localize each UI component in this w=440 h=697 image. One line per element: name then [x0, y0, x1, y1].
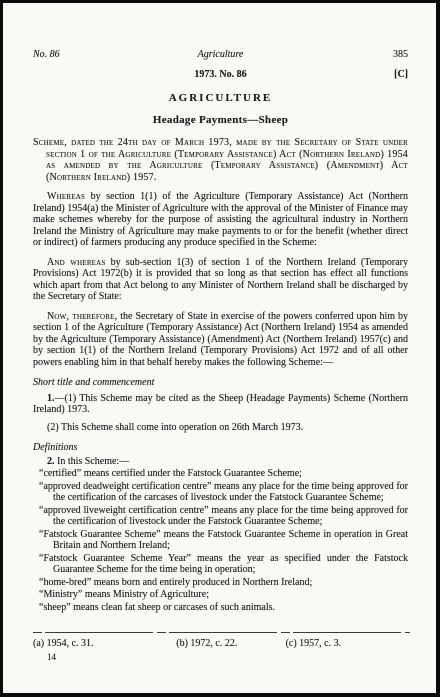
document-page: No. 86 Agriculture 385 1973. No. 86 [C] … — [0, 0, 440, 697]
section-heading-definitions: Definitions — [33, 442, 408, 454]
definition-home-bred: “home-bred” means born and entirely prod… — [33, 577, 408, 589]
statutory-number-row: 1973. No. 86 [C] — [33, 69, 408, 81]
running-head-subject: Agriculture — [123, 49, 318, 61]
definition-approved-liveweight-centre: “approved liveweight certification centr… — [33, 505, 408, 528]
section-1-paragraph-2: (2) This Scheme shall come into operatio… — [33, 422, 408, 434]
running-head-act-number: No. 86 — [33, 49, 123, 61]
footnote-b: (b) 1972, c. 22. — [176, 638, 285, 650]
whereas-1-lead: Whereas — [47, 191, 85, 202]
enacting-lead: Now, therefore, — [47, 311, 117, 322]
footnote-rule — [33, 632, 410, 633]
definition-fatstock-guarantee-scheme: “Fatstock Guarantee Scheme” means the Fa… — [33, 529, 408, 552]
classification-mark: [C] — [394, 69, 408, 81]
footnote-row: (a) 1954, c. 31. (b) 1972, c. 22. (c) 19… — [33, 638, 410, 650]
scheme-rubric: Scheme, dated the 24th day of March 1973… — [33, 137, 408, 183]
section-1-paragraph-1: 1.—(1) This Scheme may be cited as the S… — [33, 393, 408, 416]
running-head-page-number: 385 — [318, 49, 408, 61]
section-2-intro-text: In this Scheme:— — [55, 456, 130, 467]
definition-fatstock-guarantee-scheme-year: “Fatstock Guarantee Scheme Year” means t… — [33, 553, 408, 576]
footnote-area: (a) 1954, c. 31. (b) 1972, c. 22. (c) 19… — [33, 632, 410, 663]
section-2-number: 2. — [47, 456, 55, 467]
whereas-paragraph-1: Whereas by section 1(1) of the Agricultu… — [33, 191, 408, 249]
enacting-paragraph: Now, therefore, the Secretary of State i… — [33, 311, 408, 369]
document-subtitle: Headage Payments—Sheep — [33, 115, 408, 127]
footnote-c: (c) 1957, c. 3. — [286, 638, 410, 650]
definition-approved-deadweight-centre: “approved deadweight certification centr… — [33, 481, 408, 504]
section-2-intro: 2. In this Scheme:— — [33, 456, 408, 468]
footnote-a: (a) 1954, c. 31. — [33, 638, 176, 650]
whereas-paragraph-2: And whereas by sub-section 1(3) of secti… — [33, 257, 408, 303]
whereas-1-text: by section 1(1) of the Agriculture (Temp… — [33, 191, 408, 248]
year-and-number: 1973. No. 86 — [194, 69, 246, 80]
definition-ministry: “Ministry” means Ministry of Agriculture… — [33, 589, 408, 601]
definition-certified: “certified” means certified under the Fa… — [33, 468, 408, 480]
running-head: No. 86 Agriculture 385 — [33, 49, 408, 61]
whereas-2-lead: And whereas — [47, 257, 106, 268]
definition-sheep: “sheep” means clean fat sheep or carcase… — [33, 602, 408, 614]
section-1-number: 1. — [47, 393, 55, 404]
printer-signature-mark: 14 — [47, 652, 410, 664]
section-1-text: —(1) This Scheme may be cited as the She… — [33, 393, 408, 416]
section-heading-short-title: Short title and commencement — [33, 377, 408, 389]
document-title: AGRICULTURE — [33, 93, 408, 105]
